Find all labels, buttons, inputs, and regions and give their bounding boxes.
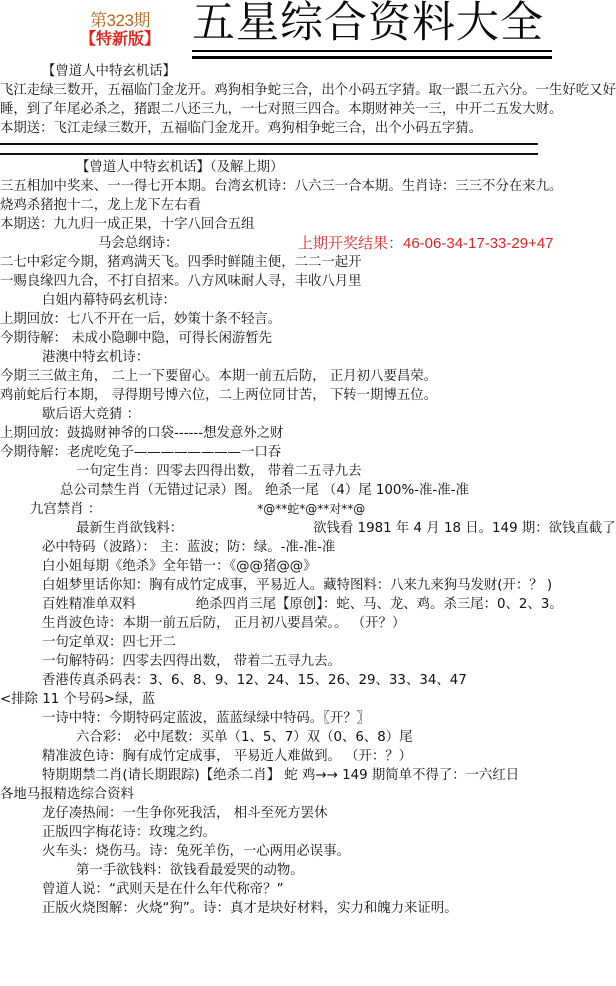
title-underline xyxy=(192,50,552,52)
paragraph: 三五相加中奖来、一一得七开本期。台湾玄机诗：八六三一合本期。生肖诗：三三不分在来… xyxy=(0,177,616,196)
text-line: 正版四字梅花诗：玫瑰之约。 xyxy=(0,823,616,842)
text-line: 总公司禁生肖（无错过记录）图。 绝杀一尾 （4）尾 100%-准-准-准 xyxy=(0,481,616,500)
text-line: 精准波色诗：胸有成竹定成事， 平易近人难做到。 （开：？） xyxy=(0,747,616,766)
text-line: 烧鸡杀猪抱十二，龙上龙下左右看 xyxy=(0,196,616,215)
text-line: 正版火烧图解：火烧“狗”。诗：真才是块好材料，实力和魄力来证明。 xyxy=(0,899,616,918)
pending-line: 今期待解： 未成小隐聊中隐，可得长闲游暂先 xyxy=(0,329,616,348)
section-heading: 【曾道人中特玄机话】 xyxy=(0,62,616,81)
page-title: 五星综合资料大全 xyxy=(192,0,544,49)
text-line: 龙仔凑热闹：一生争你死我活， 相斗至死方罢休 xyxy=(0,804,616,823)
text-line: 一句解特码：四零去四得出数， 带着二五寻九去。 xyxy=(0,652,616,671)
poem-line: 一赐良缘四九合，不打自招来。八方风味耐人寻，丰收八月里 xyxy=(0,272,616,291)
text-line: 白小姐每期《绝杀》全年错一：《@@猪@@》 xyxy=(0,557,616,576)
section-heading: 港澳中特玄机诗： xyxy=(0,348,616,367)
text-line: 曾道人说：“武则天是在什么年代称帝？” xyxy=(0,880,616,899)
text-line: 特期期禁二肖(请长期跟踪)【绝杀二肖】 蛇 鸡→→ 149 期简单不得了：一六红… xyxy=(0,766,616,785)
poem-line: 鸡前蛇后行本期， 寻得期号博六位，二上两位同甘苦， 下转一期博五位。 xyxy=(0,386,616,405)
header: 第323期 【特新版】 五星综合资料大全 xyxy=(0,0,616,62)
value: *@**蛇*@**对**@ xyxy=(257,502,365,516)
poem-line: 今期三三做主角， 二上一下要留心。本期一前五后防， 正月初八要昌荣。 xyxy=(0,367,616,386)
double-divider xyxy=(0,143,538,155)
label: 最新生肖欲钱料： xyxy=(76,521,183,536)
value: 欲钱看 1981 年 4 月 18 日。149 期：欲钱直截了当 xyxy=(313,521,616,536)
review-line: 上期回放：七八不开在一后，妙策十条不轻言。 xyxy=(0,310,616,329)
document-body: 【曾道人中特玄机话】 飞江走绿三数开，五福临门金龙开。鸡狗相争蛇三合，出个小码五… xyxy=(0,62,616,918)
paragraph: 飞江走绿三数开，五福临门金龙开。鸡狗相争蛇三合，出个小码五字猜。取一跟二五六分。… xyxy=(0,81,616,119)
value: 绝杀四肖三尾【原创】：蛇、马、龙、鸡。杀三尾：0、2、3。 xyxy=(196,597,563,612)
edition-label: 【特新版】 xyxy=(64,26,176,49)
section-heading: 【曾道人中特玄机话】（及解上期） xyxy=(0,158,616,177)
text-line: 一句定单双：四七开二 xyxy=(0,633,616,652)
text-line: 一句定生肖：四零去四得出数， 带着二五寻九去 xyxy=(0,462,616,481)
poem-line: 二七中彩定今期，猪鸡满天飞。四季时鲜随主便，二二一起开 xyxy=(0,253,616,272)
newest-line: 最新生肖欲钱料：欲钱看 1981 年 4 月 18 日。149 期：欲钱直截了当 xyxy=(0,519,616,538)
label: 九宫禁肖 ： xyxy=(30,502,101,517)
nine-palace-line: 九宫禁肖 ：*@**蛇*@**对**@ xyxy=(0,500,616,519)
text-line: 第一手欲钱料：欲钱看最爱哭的动物。 xyxy=(0,861,616,880)
section-heading: 歇后语大竞猜 ： xyxy=(0,405,616,424)
text-line: 白姐梦里话你知：胸有成竹定成事，平易近人。藏特图料：八来九来狗马发财(开：？ ) xyxy=(0,576,616,595)
text-line: <排除 11 个号码>绿，蓝 xyxy=(0,690,616,709)
section-heading: 白姐内幕特码玄机诗： xyxy=(0,291,616,310)
title-underline-thick xyxy=(192,56,552,59)
text-line: 六合彩： 必中尾数：买单（1、5、7）双（0、6、8）尾 xyxy=(0,728,616,747)
label: 百姓精准单双料 xyxy=(42,597,136,612)
pending-line: 今期待解：老虎吃兔子————————一口吞 xyxy=(0,443,616,462)
review-line: 上期回放：鼓捣财神爷的口袋------想发意外之财 xyxy=(0,424,616,443)
send-line: 本期送：飞江走绿三数开，五福临门金龙开。鸡狗相争蛇三合，出个小码五字猜。 xyxy=(0,119,616,138)
text-line: 各地马报精选综合资料 xyxy=(0,785,616,804)
section-heading: 马会总纲诗： xyxy=(0,234,616,253)
text-line: 必中特码（波路）： 主：蓝波；防：绿。-准-准-准 xyxy=(0,538,616,557)
single-double-line: 百姓精准单双料绝杀四肖三尾【原创】：蛇、马、龙、鸡。杀三尾：0、2、3。 xyxy=(0,595,616,614)
text-line: 香港传真杀码表：3、6、8、9、12、24、15、26、29、33、34、47 xyxy=(0,671,616,690)
send-line: 本期送：九九归一成正果，十字八回合五组 xyxy=(0,215,616,234)
text-line: 生肖波色诗：本期一前五后防， 正月初八要昌荣。。 （开？） xyxy=(0,614,616,633)
text-line: 火车头：烧伤马。诗：兔死羊伤，一心两用必误事。 xyxy=(0,842,616,861)
text-line: 一诗中特：今期特码定蓝波，蓝蓝绿绿中特码。〖开？〗 xyxy=(0,709,616,728)
